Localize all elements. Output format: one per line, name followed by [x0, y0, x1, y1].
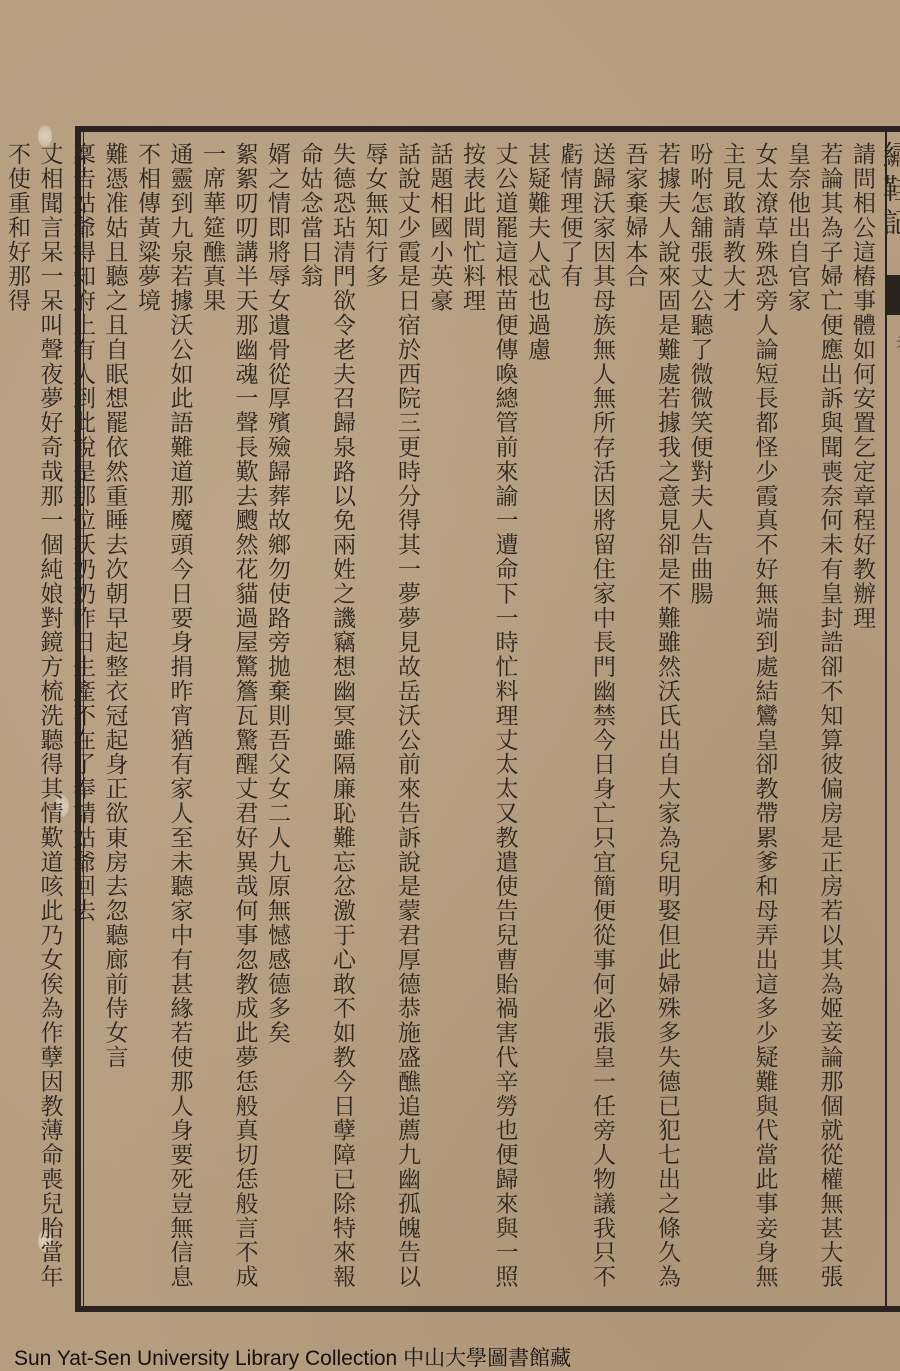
- text-column: 話說丈少霞是日宿於西院三更時分得其一夢夢見故岳沃公前來告訴說是蒙君厚德恭施盛醮追…: [358, 142, 423, 1302]
- text-column: 丈公道罷這根苗便傳喚總管前來諭一遭命下一時忙料理丈太太又教遣使告兒曹貽禍害代辛勞…: [456, 142, 521, 1302]
- text-column: 女太潦草殊恐旁人論短長都怪少霞真不好無端到處結鸞皇卻教帶累爹和母弄出這多少疑難與…: [716, 142, 781, 1302]
- text-column: 難憑准姑且聽之且自眠想罷依然重睡去次朝早起整衣冠起身正欲東房去忽聽廊前侍女言: [98, 142, 131, 1302]
- text-column: 甚疑難夫人忒也過慮: [521, 142, 554, 1302]
- text-column: 通靈到九泉若據沃公如此語難道那魔頭今日要身捐昨宵猶有家人至未聽家中有甚緣若使那人…: [131, 142, 196, 1302]
- text-column: 吩咐怎舖張丈公聽了微微笑便對夫人告曲腸: [683, 142, 716, 1302]
- text-column: 若論其為子婦亡便應出訴與聞喪奈何未有皇封誥卻不知算彼偏房是正房若以其為姬妾論那個…: [781, 142, 846, 1302]
- text-column: 請問相公這樁事體如何安置乞定章程好教辦理: [846, 142, 879, 1302]
- library-caption: Sun Yat-Sen University Library Collectio…: [14, 1342, 571, 1371]
- text-column: 丈相聞言呆一呆叫聲夜夢好奇哉那一個純娘對鏡方梳洗聽得其情歎道咳此乃女俟為作孽因教…: [1, 142, 66, 1302]
- text-column: 話題相國小英豪: [423, 142, 456, 1302]
- text-column: 送歸沃家因其母族無人無所存活因將留住家中長門幽禁今日身亡只宜簡便從事何必張皇一任…: [553, 142, 618, 1302]
- text-column: 若據夫人說來固是難處若據我之意見卻是不難雖然沃氏出自大家為兒明娶但此婦殊多失德已…: [618, 142, 683, 1302]
- text-column: 婿之情即將辱女遺骨從厚殯殮歸葬故鄉勿使路旁拋棄則吾父女二人九原無憾感德多矣: [261, 142, 294, 1302]
- block-heart-title: 繡鞋記: [888, 140, 900, 242]
- text-column: 絮絮叨叨講半天那幽魂一聲長歎去颼然花貓過屋驚簷瓦驚醒丈君好異哉何事忽教成此夢恁般…: [196, 142, 261, 1302]
- text-column: 今宵麾甚孩正在自言并自語忽聞說夢小三台慌忙啟問何奇夢丈相沉吟自忖裁不便對他談實話…: [0, 142, 1, 1302]
- fishtail-mark: [887, 275, 900, 315]
- text-column: 稟告姑爺得知府上有人到此說是那位沃奶奶昨日生產不在了奉請姑爺回去: [66, 142, 99, 1302]
- vertical-text-body: 請問相公這樁事體如何安置乞定章程好教辦理若論其為子婦亡便應出訴與聞喪奈何未有皇封…: [88, 142, 878, 1302]
- block-heart-volume: 卷: [888, 330, 900, 356]
- text-column: 失德恐玷清門欲令老夫召歸泉路以免兩姓之譏竊想幽冥雖隔廉恥難忘忿激于心敢不如教今日…: [293, 142, 358, 1302]
